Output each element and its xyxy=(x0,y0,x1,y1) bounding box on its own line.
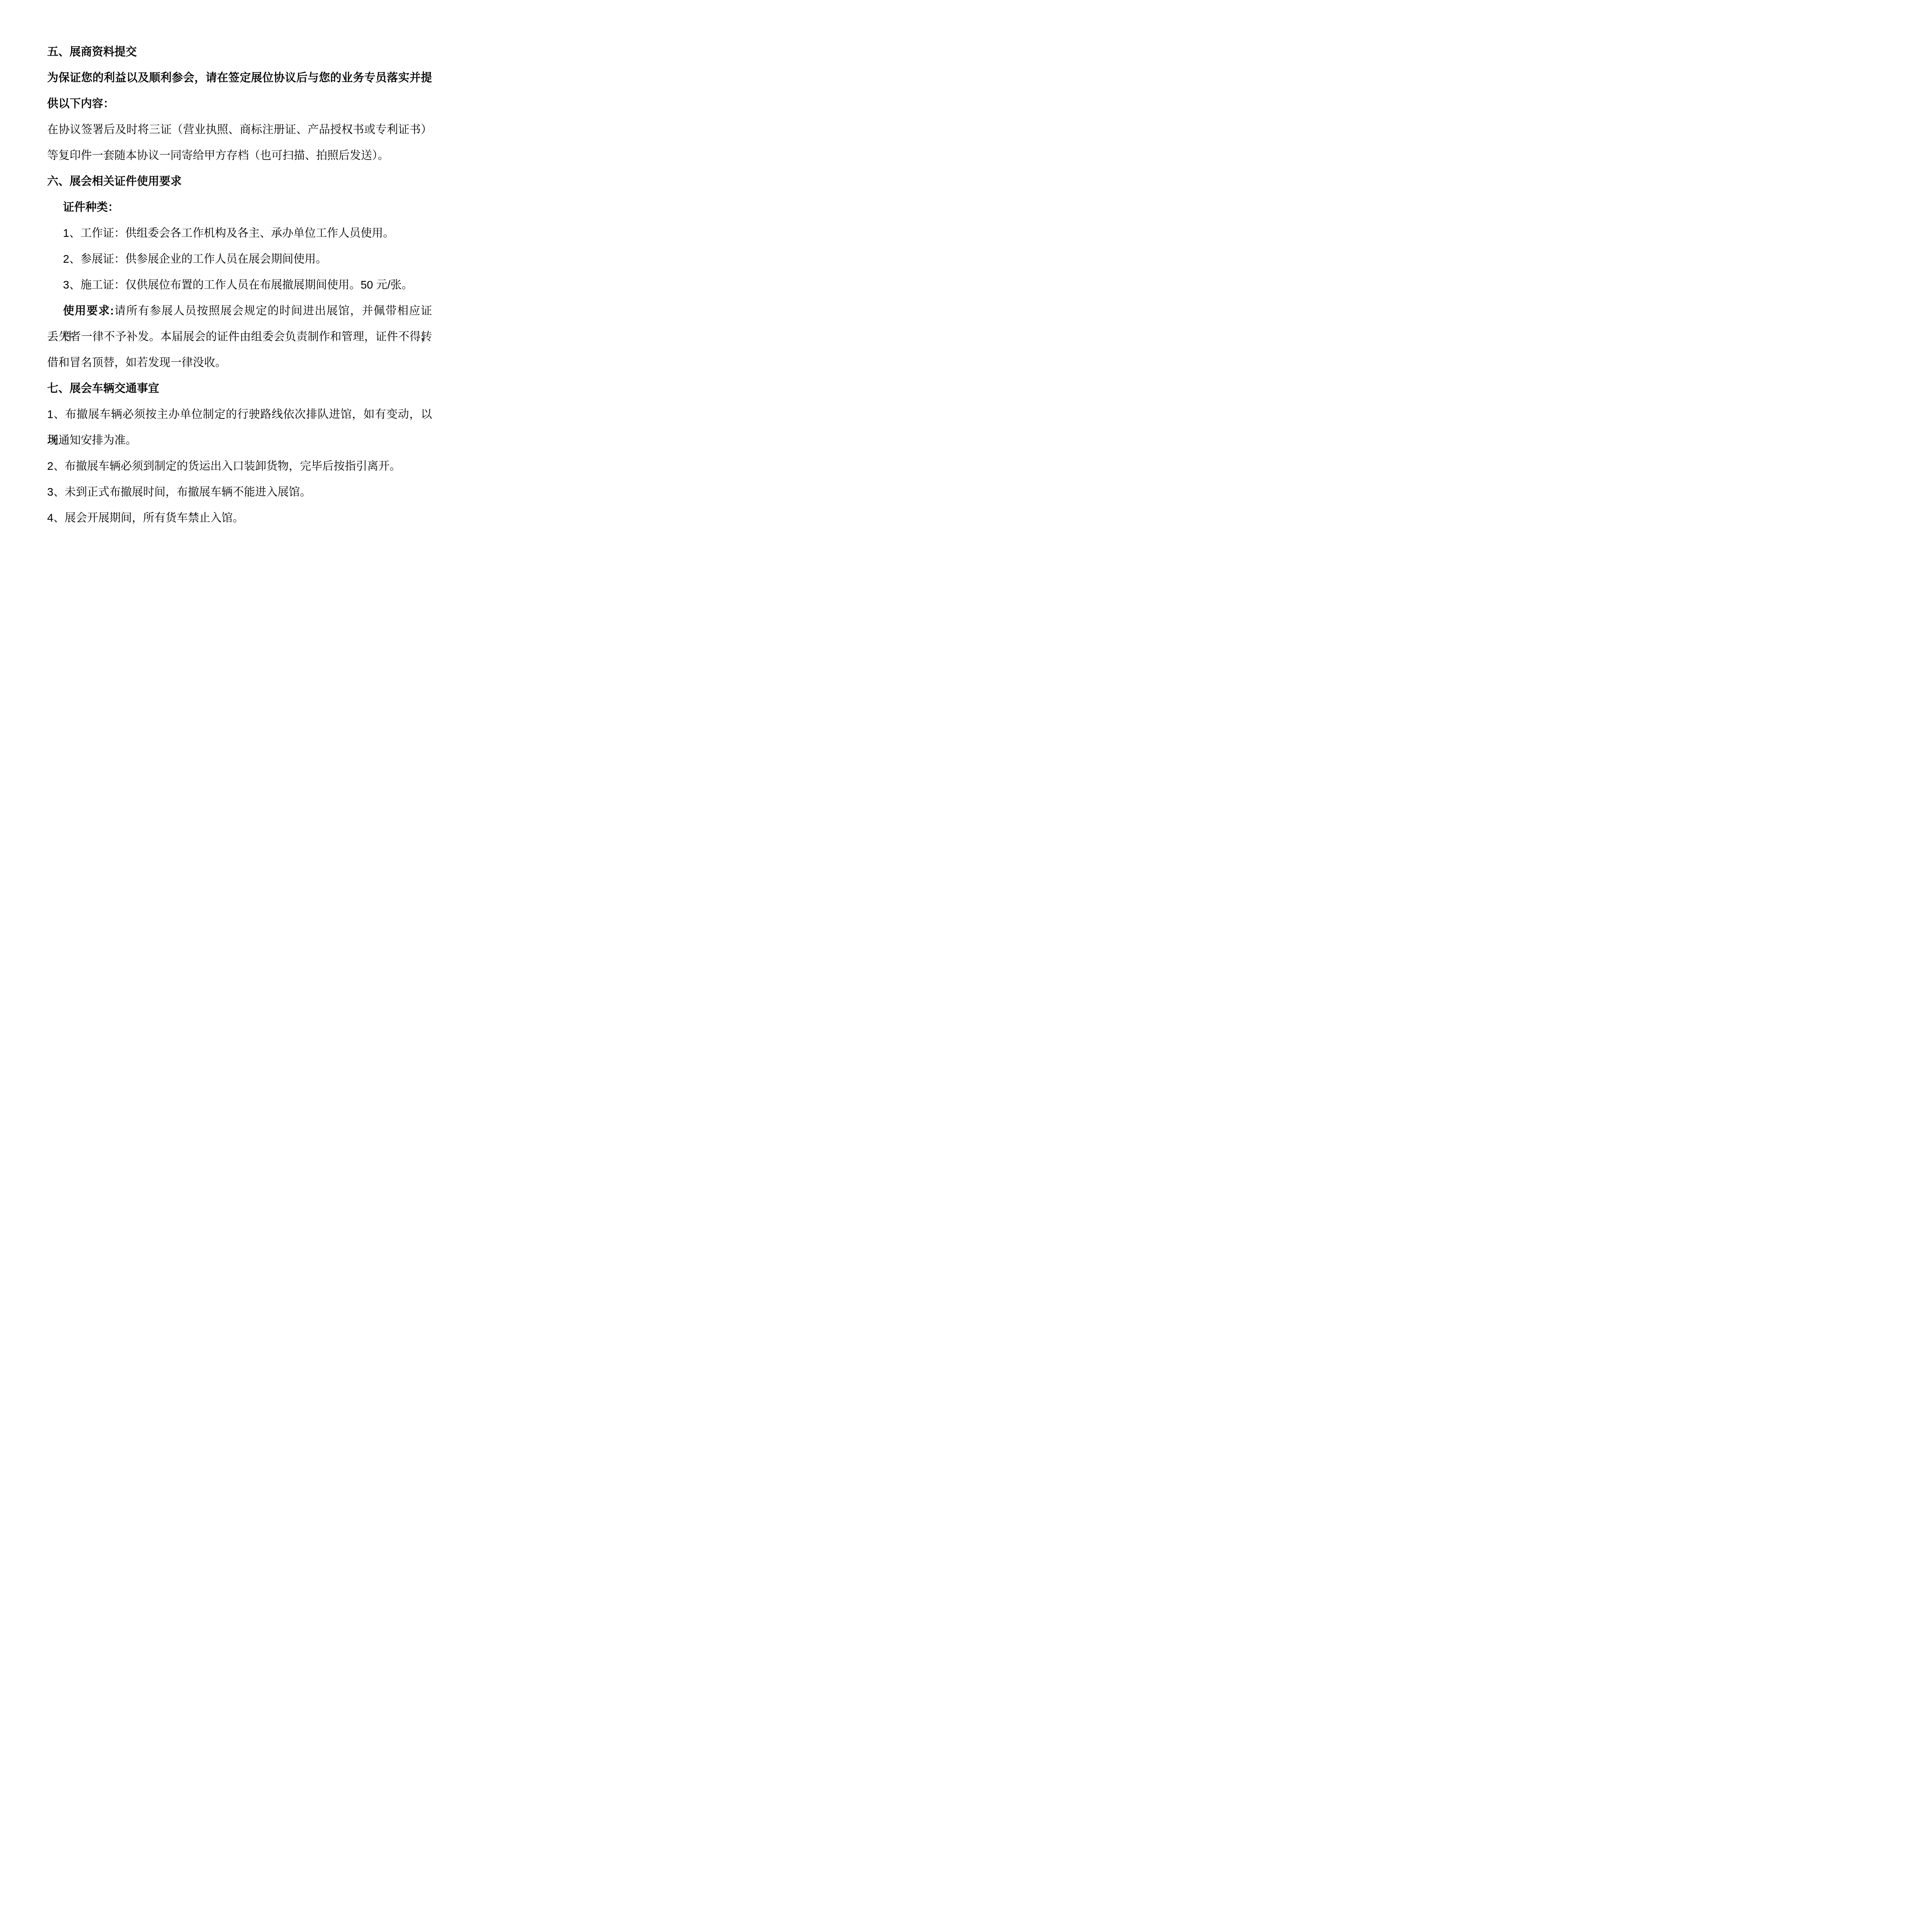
section-5-intro-line-1: 为保证您的利益以及顺利参会，请在签定展位协议后与您的业务专员落实并提 xyxy=(47,65,432,91)
section-7-heading: 七、展会车辆交通事宜 xyxy=(47,376,432,402)
usage-requirements-line-3: 借和冒名顶替，如若发现一律没收。 xyxy=(47,350,432,376)
usage-requirements-line-1: 使用要求:请所有参展人员按照展会规定的时间进出展馆，并佩带相应证件， xyxy=(47,298,432,324)
section-5-body-line-1: 在协议签署后及时将三证（营业执照、商标注册证、产品授权书或专利证书） xyxy=(47,117,432,143)
document-page: 五、展商资料提交 为保证您的利益以及顺利参会，请在签定展位协议后与您的业务专员落… xyxy=(0,0,479,678)
cert-types-label: 证件种类： xyxy=(47,195,432,221)
cert-type-item-1: 1、工作证：供组委会各工作机构及各主、承办单位工作人员使用。 xyxy=(47,221,432,247)
section-5-intro-line-2: 供以下内容： xyxy=(47,91,432,117)
cert-type-item-2: 2、参展证：供参展企业的工作人员在展会期间使用。 xyxy=(47,247,432,272)
section-6-heading: 六、展会相关证件使用要求 xyxy=(47,169,432,195)
traffic-item-1-line-2: 场通知安排为准。 xyxy=(47,428,432,454)
document-content: 五、展商资料提交 为保证您的利益以及顺利参会，请在签定展位协议后与您的业务专员落… xyxy=(47,39,432,531)
usage-requirements-line-2: 丢失者一律不予补发。本届展会的证件由组委会负责制作和管理，证件不得转 xyxy=(47,324,432,350)
cert-type-item-3: 3、施工证：仅供展位布置的工作人员在布展撤展期间使用。50 元/张。 xyxy=(47,272,432,298)
section-5-body-line-2: 等复印件一套随本协议一同寄给甲方存档（也可扫描、拍照后发送）。 xyxy=(47,143,432,169)
section-5-heading: 五、展商资料提交 xyxy=(47,39,432,65)
traffic-item-4: 4、展会开展期间，所有货车禁止入馆。 xyxy=(47,505,432,531)
traffic-item-3: 3、未到正式布撤展时间，布撤展车辆不能进入展馆。 xyxy=(47,480,432,505)
traffic-item-1-line-1: 1、布撤展车辆必须按主办单位制定的行驶路线依次排队进馆，如有变动，以现 xyxy=(47,402,432,428)
traffic-item-2: 2、布撤展车辆必须到制定的货运出入口装卸货物，完毕后按指引离开。 xyxy=(47,454,432,480)
usage-requirements-label: 使用要求: xyxy=(63,305,114,317)
